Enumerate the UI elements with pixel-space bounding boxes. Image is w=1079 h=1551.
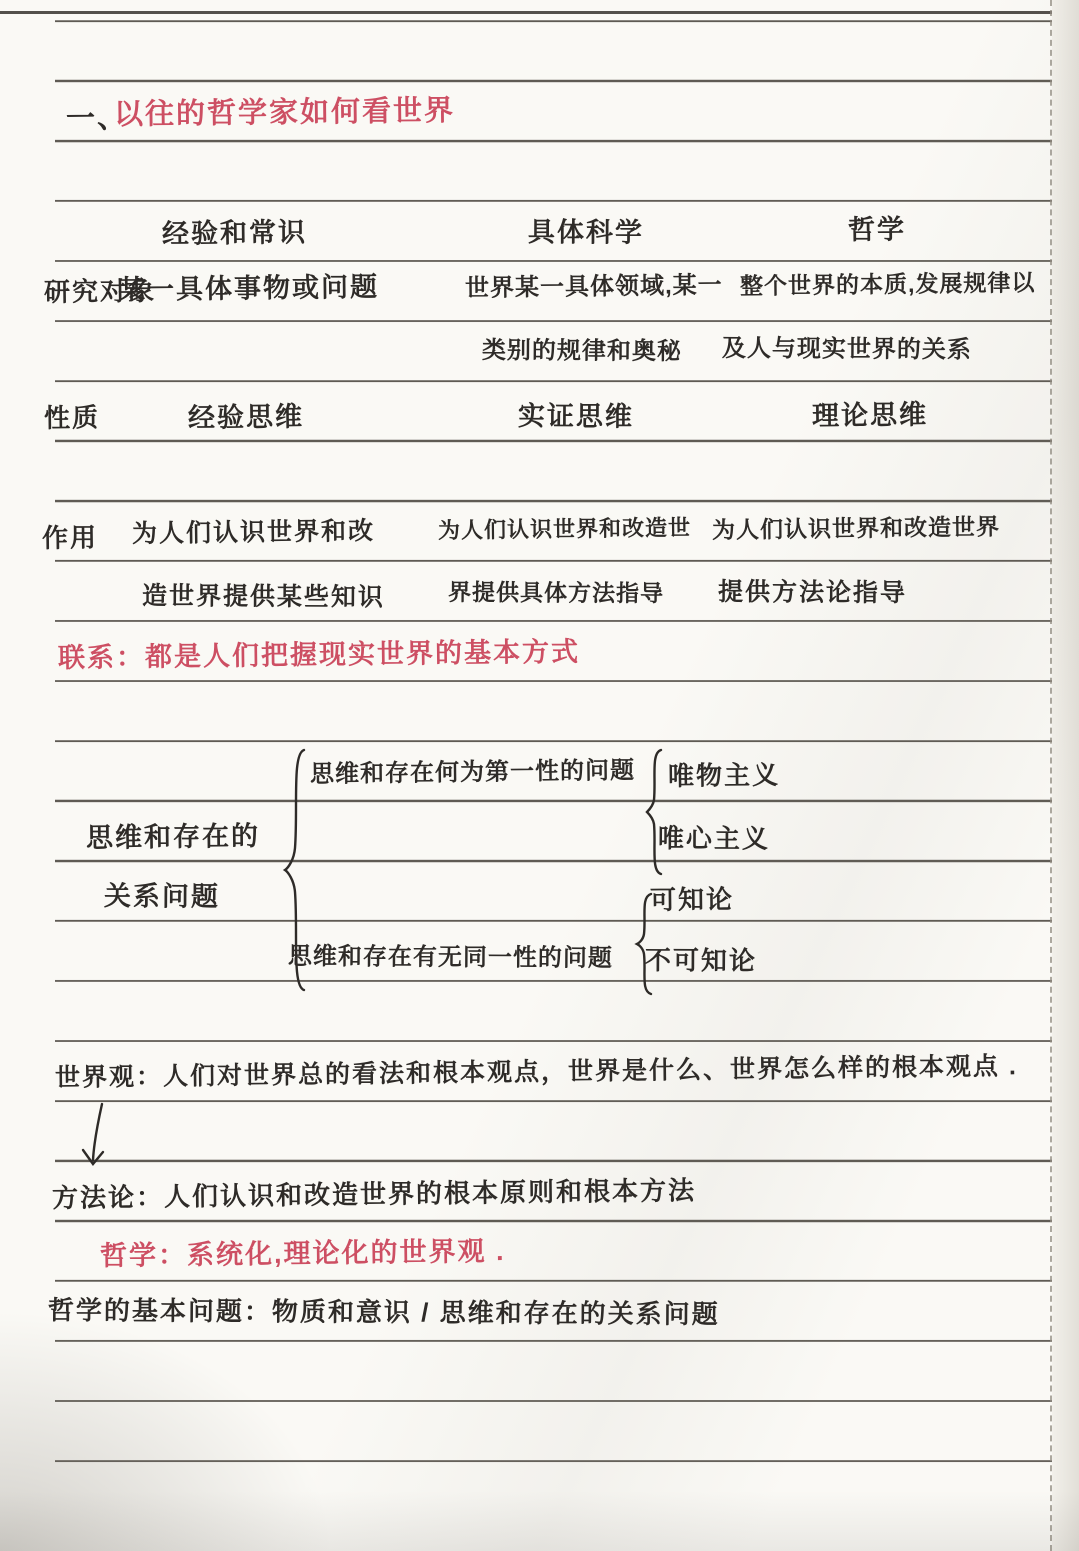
connection-note: 联系：都是人们把握现实世界的基本方式 (58, 630, 580, 675)
cell-research-experience: 某一具体事物或问题 (118, 265, 379, 307)
cell-nature-science: 实证思维 (518, 394, 634, 434)
cell-research-philosophy-l2: 及人与现实世界的关系 (722, 328, 972, 365)
bottom-shadow (0, 1491, 1079, 1551)
column-header-science: 具体科学 (528, 210, 644, 250)
diagram-branch2-label: 思维和存在有无同一性的问题 (288, 936, 613, 973)
cell-function-science-l1: 为人们认识世界和改造世 (438, 511, 691, 545)
cell-function-experience-l1: 为人们认识世界和改 (132, 511, 375, 550)
cell-research-science-l2: 类别的规律和奥秘 (482, 330, 682, 366)
column-header-experience: 经验和常识 (162, 210, 307, 251)
cell-research-science-l1: 世界某一具体领域,某一 (465, 265, 723, 303)
row-label-function: 作用 (42, 517, 98, 555)
column-header-philosophy: 哲学 (848, 207, 906, 247)
diagram-child-idealism: 唯心主义 (658, 818, 770, 856)
diagram-child-materialism: 唯物主义 (668, 755, 780, 793)
cell-research-philosophy-l1: 整个世界的本质,发展规律以 (740, 264, 1036, 301)
branch1-brace-icon (644, 748, 664, 876)
row-label-nature: 性质 (44, 397, 100, 435)
philosophy-definition: 哲学：系统化,理论化的世界观 . (100, 1229, 506, 1273)
diagram-root-l1: 思维和存在的 (86, 814, 260, 855)
diagram-child-knowable: 可知论 (650, 879, 734, 917)
cell-function-science-l2: 界提供具体方法指导 (448, 574, 664, 608)
basic-question-note: 哲学的基本问题：物质和意识 / 思维和存在的关系问题 (48, 1290, 720, 1331)
cell-function-experience-l2: 造世界提供某些知识 (142, 576, 385, 613)
diagram-child-agnostic: 不可知论 (645, 940, 757, 978)
cell-nature-experience: 经验思维 (188, 395, 304, 435)
methodology-definition: 方法论：人们认识和改造世界的根本原则和根本方法 (52, 1170, 696, 1215)
diagram-root-l2: 关系问题 (104, 874, 220, 914)
cell-function-philosophy-l1: 为人们认识世界和改造世界 (712, 508, 1000, 545)
cell-function-philosophy-l2: 提供方法论指导 (718, 572, 907, 609)
diagram-branch1-label: 思维和存在何为第一性的问题 (310, 750, 635, 789)
notebook-page: 一、 以往的哲学家如何看世界 经验和常识 具体科学 哲学 研究对象 某一具体事物… (0, 0, 1079, 1551)
cell-nature-philosophy: 理论思维 (812, 393, 928, 433)
down-arrow-icon (72, 1102, 122, 1174)
page-title: 以往的哲学家如何看世界 (114, 88, 455, 133)
